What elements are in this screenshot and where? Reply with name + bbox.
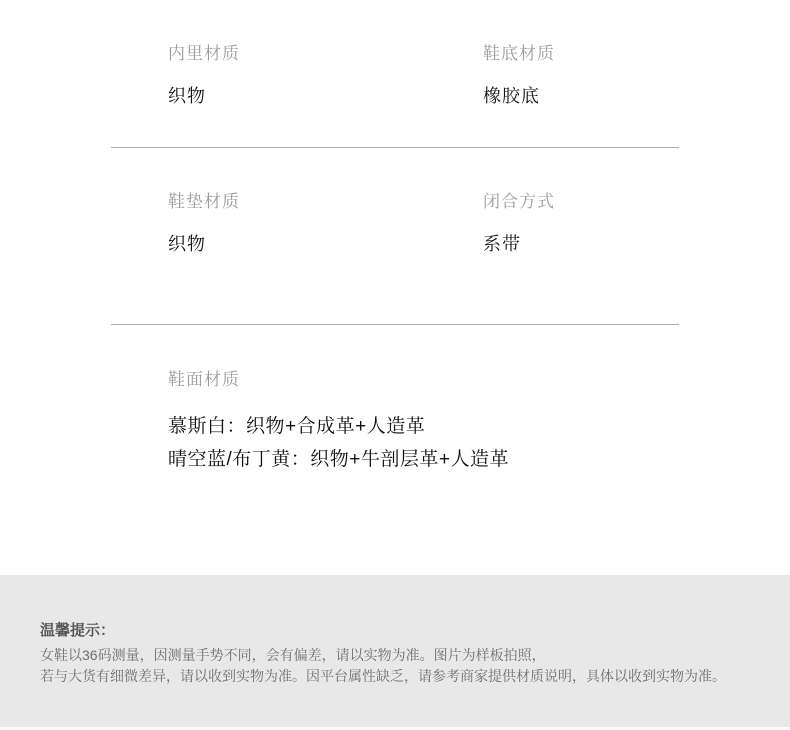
spec-item-lining-material: 内里材质 织物 (168, 44, 483, 106)
spec-row-2: 鞋垫材质 织物 闭合方式 系带 (0, 148, 790, 254)
warm-tips-line-1: 女鞋以36码测量，因测量手势不同，会有偏差，请以实物为准。图片为样板拍照， (40, 645, 760, 666)
spec-value-closure: 系带 (483, 234, 790, 254)
warm-tips-line-2: 若与大货有细微差异，请以收到实物为准。因平台属性缺乏，请参考商家提供材质说明，具… (40, 666, 760, 687)
spec-item-sole-material: 鞋底材质 橡胶底 (483, 44, 790, 106)
upper-material-lines: 慕斯白：织物+合成革+人造革 晴空蓝/布丁黄：织物+牛剖层革+人造革 (168, 410, 790, 476)
spec-label-lining: 内里材质 (168, 44, 483, 63)
spec-label-upper: 鞋面材质 (168, 370, 790, 389)
spec-value-lining: 织物 (168, 86, 483, 106)
spec-label-closure: 闭合方式 (483, 192, 790, 211)
upper-material-line-blue-yellow: 晴空蓝/布丁黄：织物+牛剖层革+人造革 (168, 443, 790, 476)
spec-row-1: 内里材质 织物 鞋底材质 橡胶底 (0, 0, 790, 106)
spec-value-insole: 织物 (168, 234, 483, 254)
spec-upper-material-section: 鞋面材质 慕斯白：织物+合成革+人造革 晴空蓝/布丁黄：织物+牛剖层革+人造革 (0, 325, 790, 476)
spec-item-insole-material: 鞋垫材质 织物 (168, 192, 483, 254)
warm-tips-footer: 温馨提示： 女鞋以36码测量，因测量手势不同，会有偏差，请以实物为准。图片为样板… (0, 575, 790, 727)
spec-label-insole: 鞋垫材质 (168, 192, 483, 211)
upper-material-line-white: 慕斯白：织物+合成革+人造革 (168, 410, 790, 443)
spec-value-sole: 橡胶底 (483, 86, 790, 106)
spec-item-closure-type: 闭合方式 系带 (483, 192, 790, 254)
product-spec-panel: 内里材质 织物 鞋底材质 橡胶底 鞋垫材质 织物 闭合方式 系带 鞋面材质 慕斯… (0, 0, 790, 476)
warm-tips-title: 温馨提示： (40, 622, 760, 640)
warm-tips-body: 女鞋以36码测量，因测量手势不同，会有偏差，请以实物为准。图片为样板拍照， 若与… (40, 645, 760, 687)
spec-label-sole: 鞋底材质 (483, 44, 790, 63)
